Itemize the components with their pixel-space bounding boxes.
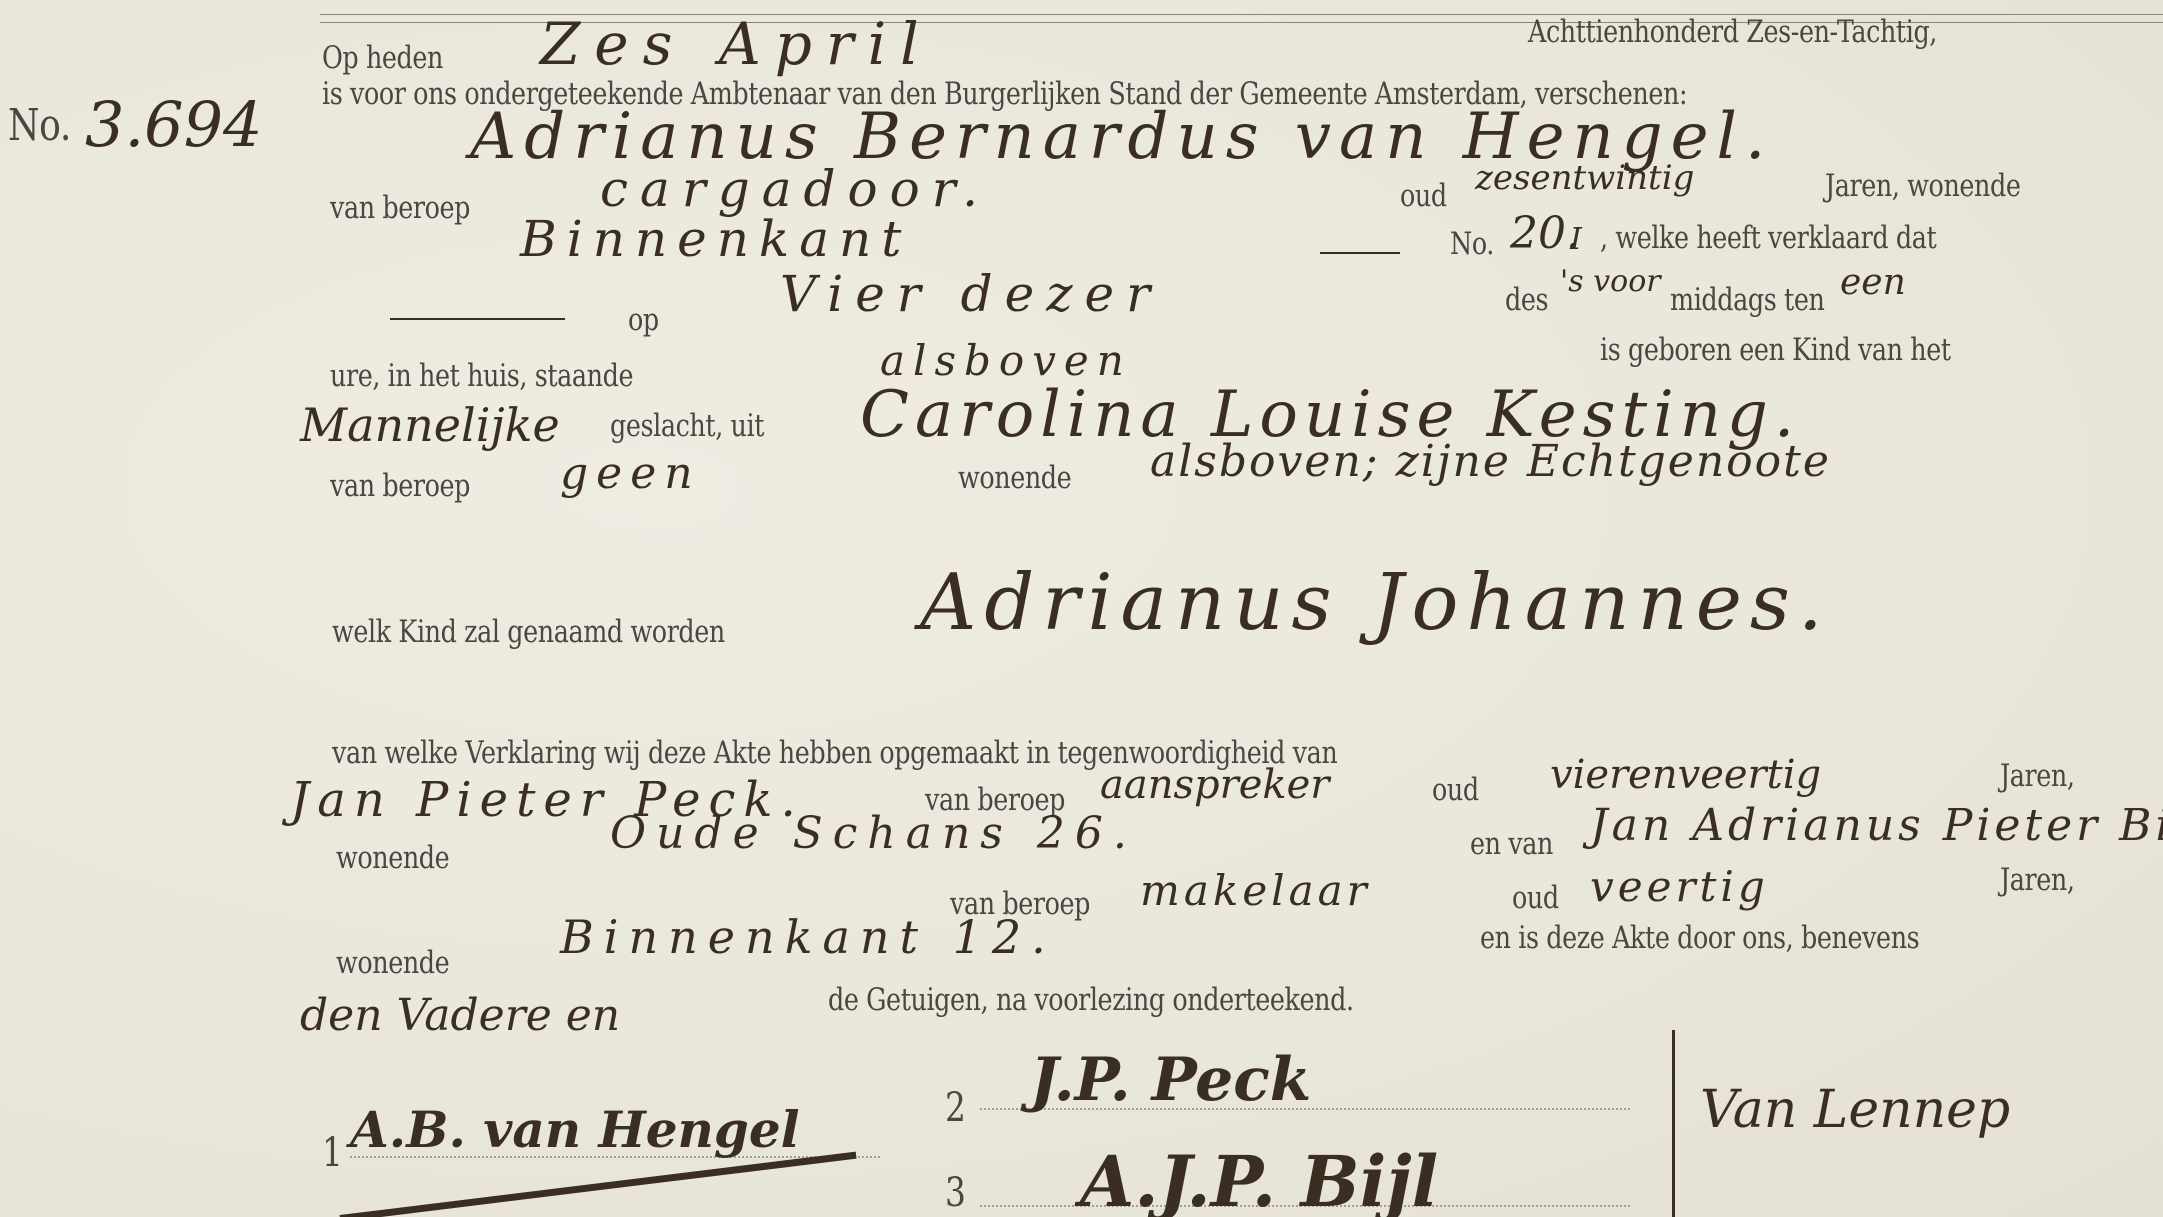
hw-witness2-firstname: Jan Adrianus Pieter Bijl.	[1590, 800, 2163, 851]
hw-mother-residence: alsboven; zijne Echtgenoote	[1150, 436, 1831, 487]
fill-line	[390, 318, 565, 320]
hw-day-part: 's voor	[1560, 264, 1661, 299]
hw-house-suffix: I	[1570, 222, 1582, 257]
printed-oud-3: oud	[1512, 880, 1559, 916]
printed-welke-heeft: , welke heeft verklaard dat	[1600, 220, 1936, 256]
printed-jaren-wonende: Jaren, wonende	[1825, 168, 2021, 204]
hw-mother-occupation: geen	[560, 448, 701, 499]
hw-witness1-occupation: aanspreker	[1100, 762, 1329, 808]
signature-2: J.P. Peck	[1030, 1045, 1311, 1115]
hw-birth-hour: een	[1840, 262, 1906, 303]
signature-1: A.B. van Hengel	[350, 1100, 800, 1159]
printed-no: No.	[1450, 226, 1494, 262]
entry-number-label: No.	[8, 100, 71, 151]
hw-witness2-age: veertig	[1590, 862, 1769, 911]
printed-jaren-1: Jaren,	[2000, 758, 2075, 794]
hw-witness2-residence: Binnenkant 12.	[560, 910, 1056, 964]
hw-sex: Mannelijke	[300, 398, 560, 452]
printed-jaren-2: Jaren,	[2000, 862, 2075, 898]
printed-op-heden: Op heden	[322, 40, 443, 76]
hw-declarant-street: Binnenkant	[520, 210, 911, 268]
printed-op: op	[628, 302, 659, 338]
printed-van-beroep-1: van beroep	[330, 190, 470, 226]
signature-number-3: 3	[945, 1170, 965, 1216]
hw-witness1-age: vierenveertig	[1550, 752, 1821, 798]
hw-child-name: Adrianus Johannes.	[920, 558, 1831, 648]
printed-getuigen: de Getuigen, na voorlezing onderteekend.	[828, 982, 1354, 1018]
printed-welk-kind: welk Kind zal genaamd worden	[332, 614, 725, 650]
printed-wonende-1: wonende	[958, 460, 1071, 496]
signature-number-1: 1	[322, 1130, 342, 1176]
hw-declarant-remark: den Vadere en	[300, 990, 620, 1041]
printed-ure-huis: ure, in het huis, staande	[330, 358, 633, 394]
printed-wonende-3: wonende	[336, 945, 449, 981]
printed-oud-1: oud	[1400, 178, 1447, 214]
entry-number: 3.694	[85, 88, 263, 161]
printed-van-beroep-2: van beroep	[330, 468, 470, 504]
printed-is-geboren: is geboren een Kind van het	[1600, 332, 1951, 368]
fill-line	[1320, 252, 1400, 254]
signature-brace	[1672, 1030, 1675, 1217]
hw-birth-day: Vier dezer	[780, 265, 1162, 323]
printed-geslacht-uit: geslacht, uit	[610, 408, 764, 444]
printed-des: des	[1505, 282, 1548, 318]
signature-flourish	[340, 1152, 857, 1217]
official-signature: Van Lennep	[1700, 1080, 2010, 1140]
printed-year-line: Achttienhonderd Zes-en-Tachtig,	[1528, 14, 1937, 50]
hw-declarant-age: zesentwintig	[1475, 158, 1694, 198]
printed-en-van: en van	[1470, 826, 1553, 862]
hw-witness2-occupation: makelaar	[1140, 866, 1371, 915]
printed-wonende-2: wonende	[336, 840, 449, 876]
hw-date: Zes April	[540, 10, 933, 78]
signature-3: A.J.P. Bijl	[1080, 1140, 1438, 1217]
hw-witness1-residence: Oude Schans 26.	[610, 808, 1137, 859]
printed-middags-ten: middags ten	[1670, 282, 1824, 318]
printed-en-is-deze: en is deze Akte door ons, benevens	[1480, 920, 1919, 956]
signature-number-2: 2	[945, 1085, 965, 1131]
printed-oud-2: oud	[1432, 772, 1479, 808]
